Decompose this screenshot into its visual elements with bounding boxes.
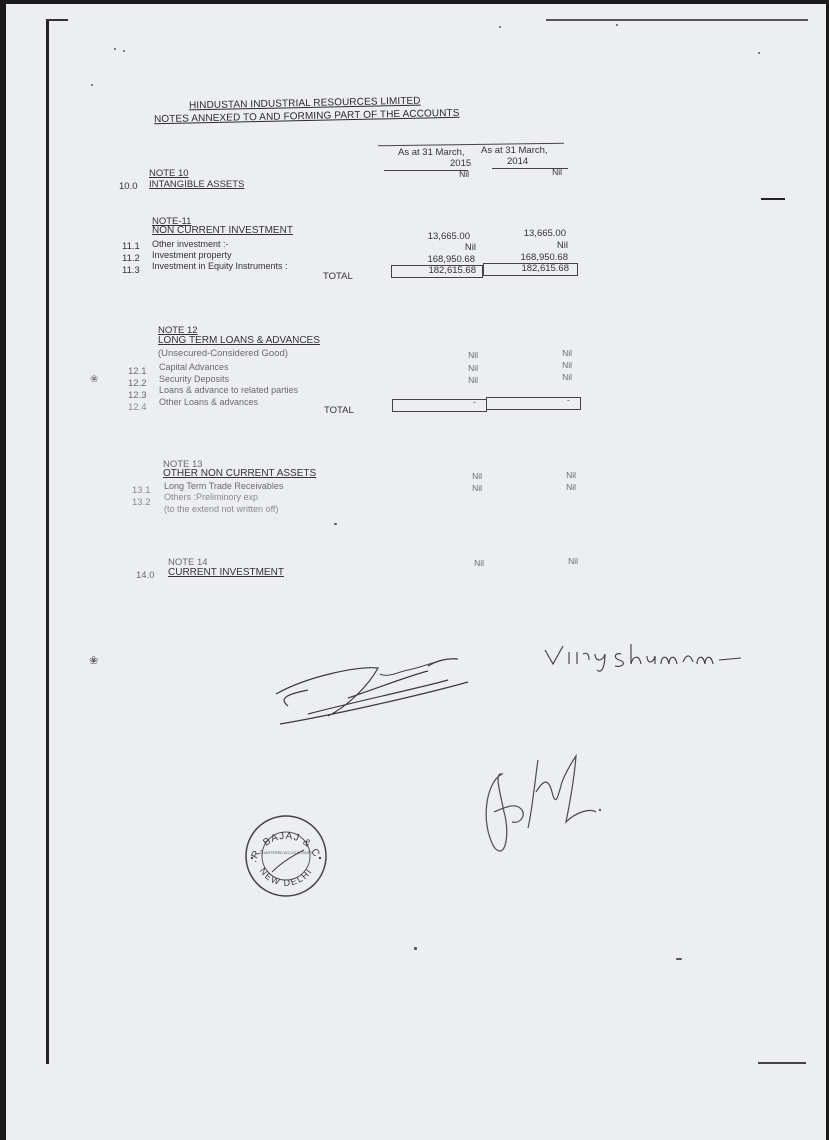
firm-stamp: A.R. BAJAJ & CO. NEW DELHI CHARTERED ACC… xyxy=(242,812,330,900)
note12-item1-2015: Nil xyxy=(398,350,478,360)
note11-item3-2014: 168,950.68 xyxy=(488,252,568,263)
note11-item2-no: 11.2 xyxy=(122,253,140,264)
note14-value-2014: Nil xyxy=(498,556,578,566)
note10-value-2015: Nil xyxy=(389,169,469,179)
stamp-bottom-text: NEW DELHI xyxy=(258,866,315,888)
speck xyxy=(499,26,501,28)
signature-scribble-1 xyxy=(268,646,528,736)
note13-item2-desc: Others :Preliminory exp xyxy=(164,492,258,502)
note11-item2-desc: Investment property xyxy=(152,250,232,260)
note11-total-label: TOTAL xyxy=(323,271,353,282)
signature-vijay-shankar xyxy=(541,638,751,678)
note11-item3-no: 11.3 xyxy=(122,265,140,276)
column-header-2014: As at 31 March, xyxy=(481,145,548,156)
note10-number: 10.0 xyxy=(119,181,138,192)
note12-heading: LONG TERM LOANS & ADVANCES xyxy=(158,335,320,346)
note12-item2-2015: Nil xyxy=(398,363,478,373)
note12-item2-desc: Security Deposits xyxy=(159,374,229,384)
speck xyxy=(414,947,417,950)
speck xyxy=(114,48,116,50)
note11-heading: NON CURRENT INVESTMENT xyxy=(152,225,293,236)
note12-item1-2014: Nil xyxy=(492,348,572,358)
scan-edge-top xyxy=(46,19,68,21)
note14-number: 14.0 xyxy=(136,570,155,581)
note11-total-2015: 182,615.68 xyxy=(396,265,476,276)
note11-item1-no: 11.1 xyxy=(122,241,140,252)
note12-subheading: (Unsecured-Considered Good) xyxy=(158,348,288,359)
speck xyxy=(616,24,618,26)
column-header-2015-year: 2015 xyxy=(450,158,471,169)
speck xyxy=(676,958,682,960)
note11-item3-2015: 168,950.68 xyxy=(395,254,475,265)
note13-item1-2014: Nil xyxy=(496,470,576,480)
stamp-center-text: CHARTERED ACCOUNTANTS xyxy=(259,851,312,855)
note11-item3-desc: Investment in Equity Instruments : xyxy=(152,261,288,271)
note10-label: NOTE 10 xyxy=(149,168,189,179)
note11-item2-2015: Nil xyxy=(396,242,476,253)
document-page: HINDUSTAN INDUSTRIAL RESOURCES LIMITED N… xyxy=(6,4,826,1140)
note12-total-2015: - xyxy=(396,397,476,408)
note11-item1-desc: Other investment :- xyxy=(152,239,229,249)
note11-item2-2014: Nil xyxy=(488,240,568,251)
note12-item3-2015: Nil xyxy=(398,375,478,385)
signature-scribble-2 xyxy=(476,752,606,862)
note11-item1-2014: 13,665.00 xyxy=(486,228,566,239)
column-header-2015: As at 31 March, xyxy=(398,147,465,158)
speck xyxy=(758,52,760,54)
note12-item1-no: 12.1 xyxy=(128,366,147,377)
note12-item4-no: 12.4 xyxy=(128,402,147,413)
note12-item3-desc: Loans & advance to related parties xyxy=(159,385,298,395)
note10-value-2014: Nil xyxy=(482,167,562,177)
note11-total-2014: 182,615.68 xyxy=(489,263,569,274)
note14-value-2015: Nil xyxy=(404,558,484,568)
note13-item2-2015: Nil xyxy=(402,483,482,493)
note13-item1-desc: Long Term Trade Receivables xyxy=(164,481,283,491)
note10-heading: INTANGIBLE ASSETS xyxy=(149,179,244,190)
smudge: ❀ xyxy=(89,654,98,667)
note13-item1-no: 13.1 xyxy=(132,485,151,496)
column-header-2014-year: 2014 xyxy=(507,156,528,167)
note12-item4-desc: Other Loans & advances xyxy=(159,397,258,407)
smudge: ❀ xyxy=(90,374,98,385)
note11-item1-2015: 13,665.00 xyxy=(390,231,470,242)
speck xyxy=(91,84,93,86)
note12-item3-no: 12.3 xyxy=(128,390,147,401)
note13-footnote: (to the extend not written off) xyxy=(164,504,278,514)
margin-mark xyxy=(761,198,785,200)
note12-item3-2014: Nil xyxy=(492,372,572,382)
scan-edge-top-right xyxy=(546,19,808,21)
note13-item2-no: 13.2 xyxy=(132,497,151,508)
note12-item1-desc: Capital Advances xyxy=(159,362,229,372)
speck xyxy=(334,523,337,525)
note12-item2-no: 12.2 xyxy=(128,378,147,389)
note12-total-2014: - xyxy=(490,395,570,406)
scan-edge-left xyxy=(46,19,49,1064)
note12-item2-2014: Nil xyxy=(492,360,572,370)
speck xyxy=(123,50,125,52)
note13-heading: OTHER NON CURRENT ASSETS xyxy=(163,468,316,479)
svg-text:NEW DELHI: NEW DELHI xyxy=(258,866,315,888)
note14-heading: CURRENT INVESTMENT xyxy=(168,567,284,578)
note13-item2-2014: Nil xyxy=(496,482,576,492)
scan-edge-bottom-right xyxy=(758,1062,806,1064)
note13-item1-2015: Nil xyxy=(402,471,482,481)
note12-total-label: TOTAL xyxy=(324,405,354,416)
